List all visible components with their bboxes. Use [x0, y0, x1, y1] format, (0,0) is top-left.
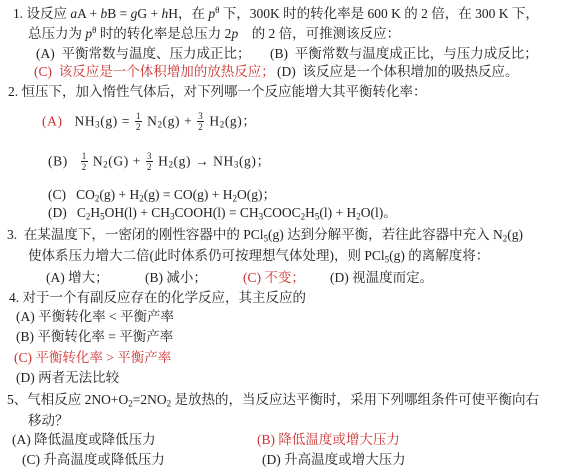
q1-stem-line1: 1. 设反应 aA + bB = gG + hH，在 pθ 下，300K 时的转… — [13, 4, 539, 23]
q1-stem-line2: 总压力为 pθ 时的转化率是总压力 2p 的 2 倍，可推测该反应： — [28, 24, 400, 43]
exam-document-page: 1. 设反应 aA + bB = gG + hH，在 pθ 下，300K 时的转… — [0, 0, 564, 469]
q3-option-c-answer: (C) 不变； — [243, 268, 305, 287]
q2-option-c: (C) CO2(g) + H2(g) = CO(g) + H2O(g)； — [48, 185, 276, 204]
q1-option-d: (D) 该反应是一个体积增加的吸热反应。 — [277, 62, 519, 81]
q3-stem-line1: 3. 在某温度下，一密闭的刚性容器中的 PCl5(g) 达到分解平衡，若往此容器… — [7, 225, 523, 244]
q4-stem: 4. 对于一个有副反应存在的化学反应，其主反应的 — [9, 288, 306, 307]
q4-option-a: (A) 平衡转化率 < 平衡产率 — [16, 307, 174, 326]
q1-option-b: (B) 平衡常数与温度成正比，与压力成反比； — [270, 44, 538, 63]
q2-option-b: (B) 12 N2(G) + 32 H2(g) → NH3(g)； — [48, 151, 271, 173]
q4-option-b: (B) 平衡转化率 = 平衡产率 — [16, 327, 173, 346]
q2-option-a-answer: (A) NH3(g) = 12 N2(g) + 32 H2(g)； — [42, 111, 256, 133]
q5-option-b-answer: (B) 降低温度或增大压力 — [257, 430, 400, 449]
q3-stem-line2: 使体系压力增大二倍(此时体系仍可按理想气体处理)，则 PCl5(g) 的离解度将… — [28, 246, 489, 265]
q3-option-d: (D) 视温度而定。 — [330, 268, 433, 287]
q5-option-d: (D) 升高温度或增大压力 — [262, 450, 406, 469]
q3-option-a: (A) 增大； — [46, 268, 109, 287]
q2-option-d: (D) C2H5OH(l) + CH3COOH(l) = CH3COOC2H5(… — [48, 203, 397, 222]
q4-option-c-answer: (C) 平衡转化率 > 平衡产率 — [14, 348, 171, 367]
q1-option-a: (A) 平衡常数与温度、压力成正比； — [36, 44, 251, 63]
q5-stem-line2: 移动？ — [28, 411, 69, 430]
q1-option-c-answer: (C) 该反应是一个体积增加的放热反应； — [34, 62, 275, 81]
q4-option-d: (D) 两者无法比较 — [16, 368, 119, 387]
q2-stem: 2. 恒压下，加入惰性气体后，对下列哪一个反应能增大其平衡转化率： — [8, 82, 427, 101]
q5-option-c: (C) 升高温度或降低压力 — [22, 450, 165, 469]
q5-stem-line1: 5、气相反应 2NO+O2=2NO2 是放热的，当反应达平衡时，采用下列哪组条件… — [7, 390, 539, 409]
q5-option-a: (A) 降低温度或降低压力 — [12, 430, 156, 449]
q3-option-b: (B) 减小； — [145, 268, 207, 287]
